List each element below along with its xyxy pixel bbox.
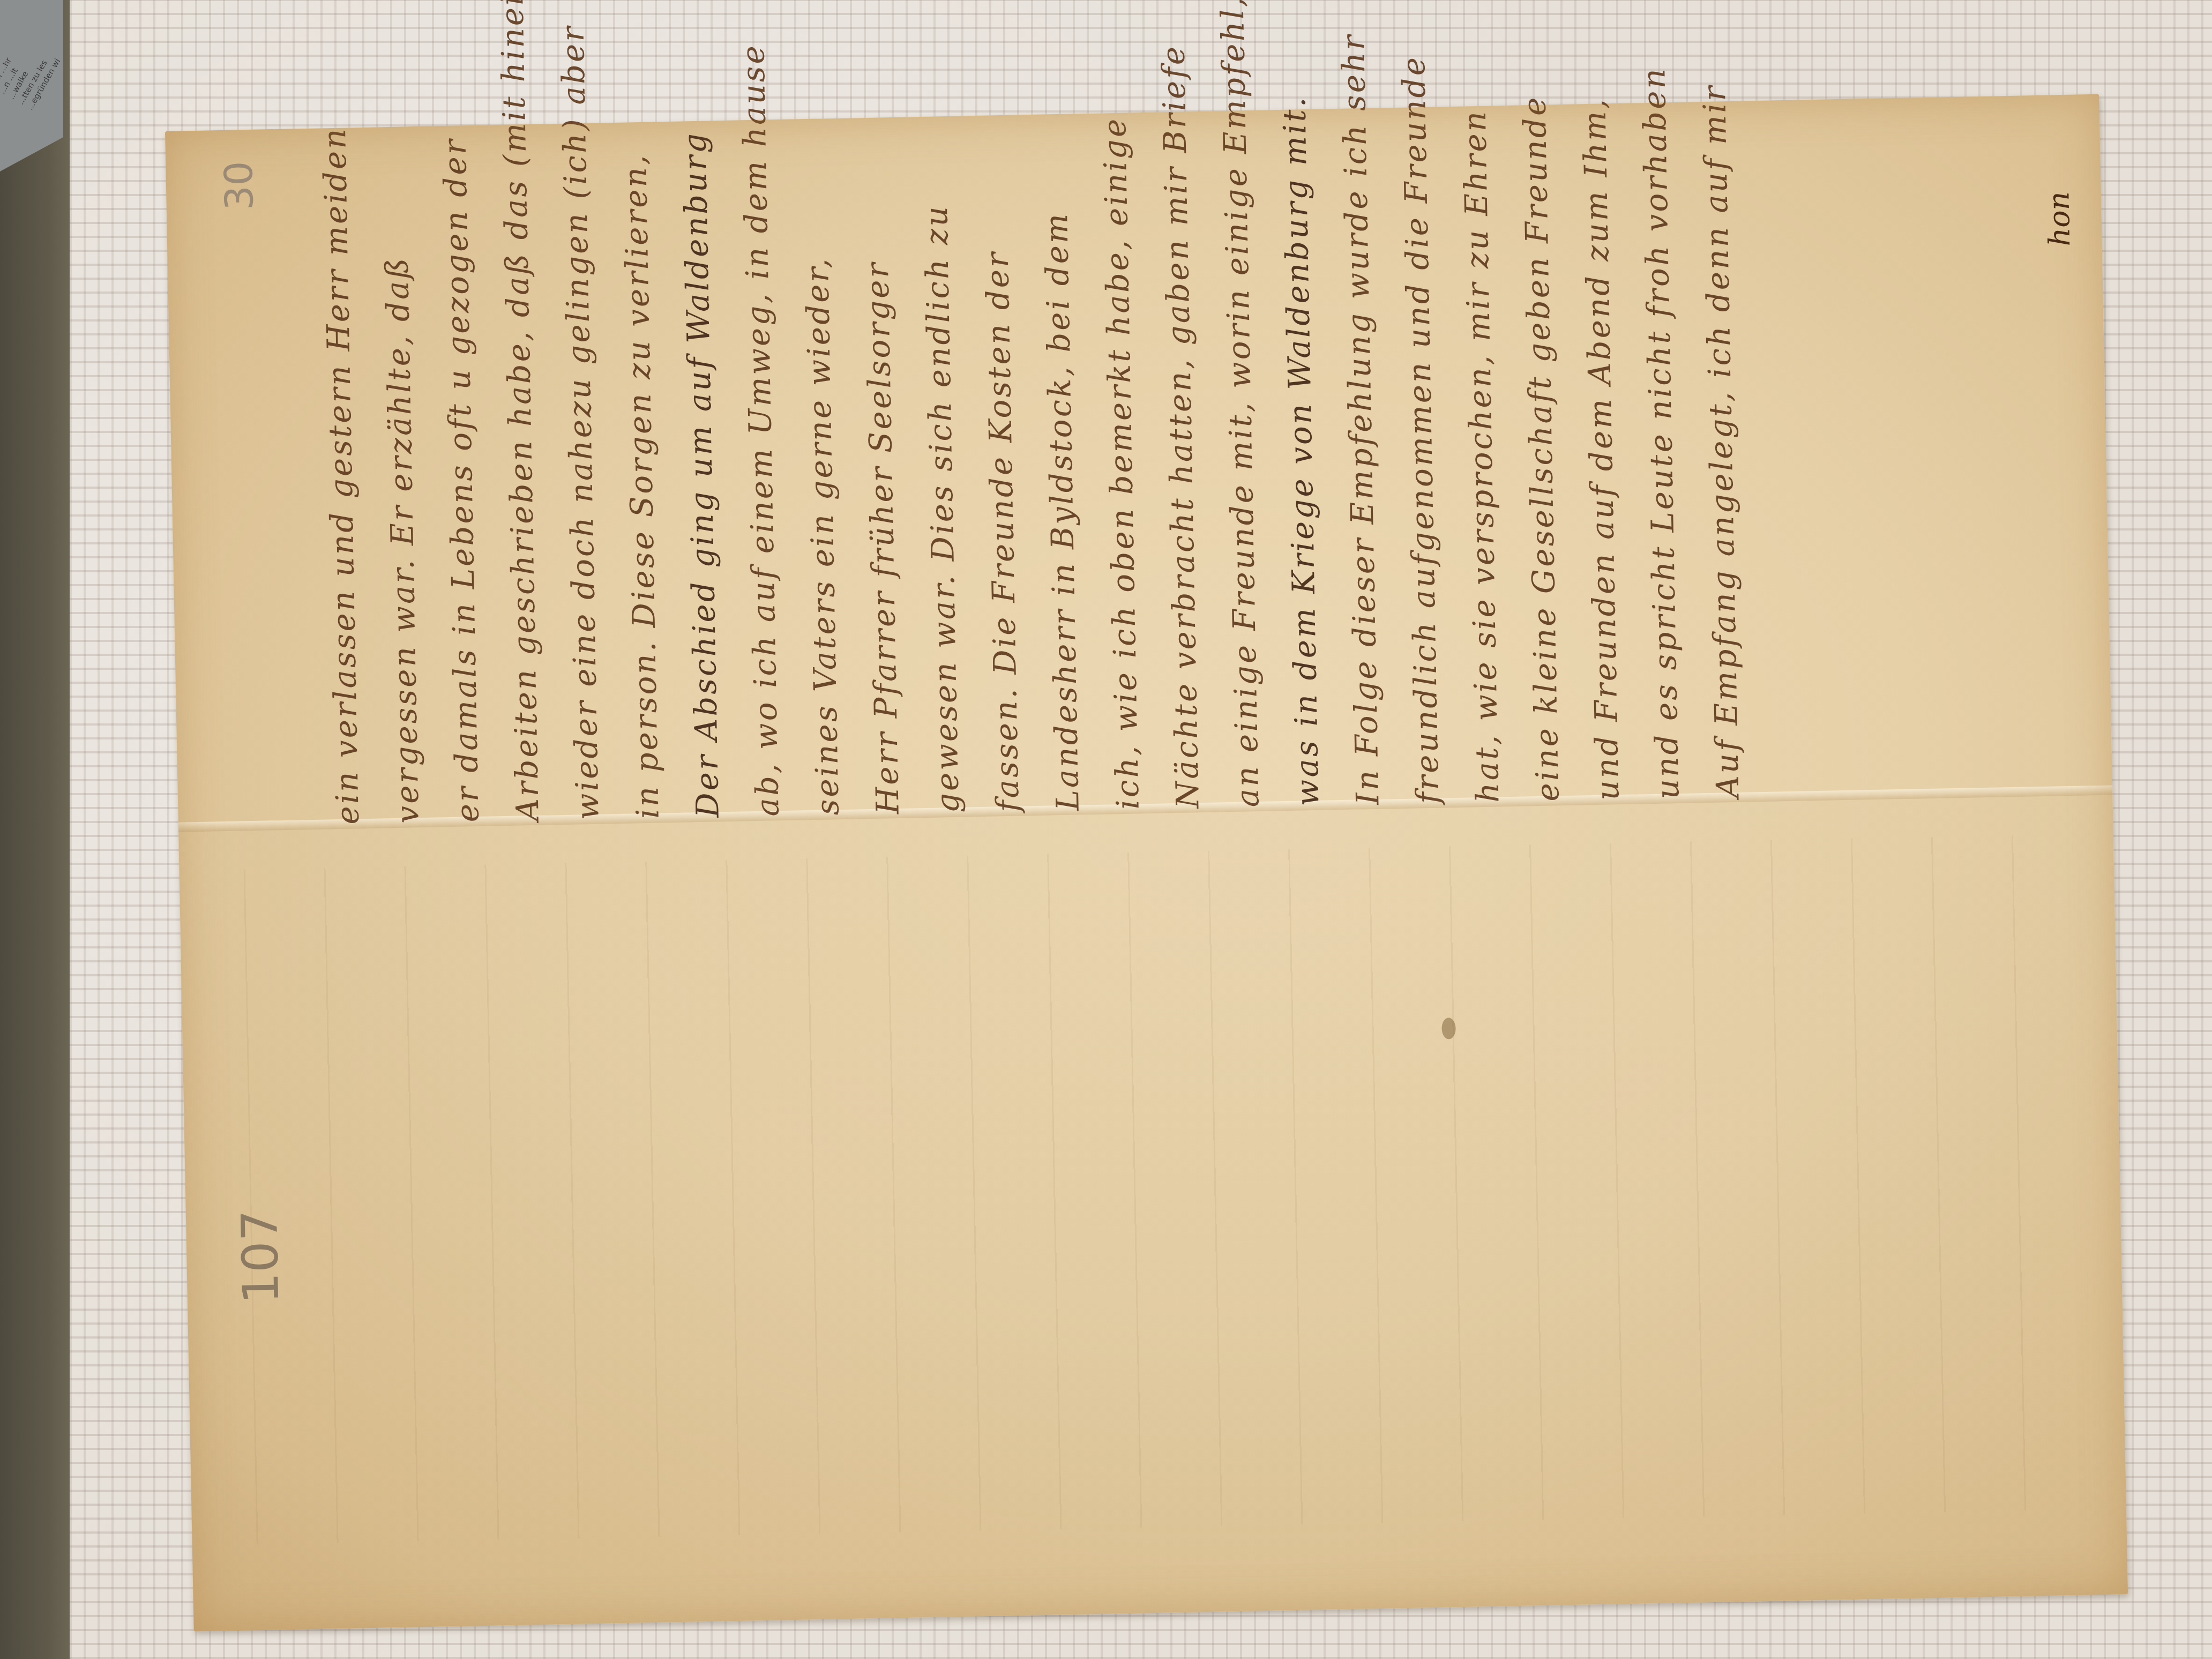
- ink-spot: [1441, 1018, 1456, 1039]
- archive-number: 107: [231, 1209, 290, 1305]
- text-line: Auf Empfang angelegt, ich denn auf mir: [1686, 165, 1758, 798]
- dark-side-strip: [0, 0, 70, 1659]
- label-card-text: ...m ...hr ...n ...lt ...walke ...tten z…: [0, 0, 63, 112]
- manuscript-page: 30 107 hon ein verlassen und gestern Her…: [165, 94, 2128, 1632]
- handwritten-text-block: ein verlassen und gestern Herr meiden ve…: [305, 159, 2086, 825]
- folio-number: 30: [216, 161, 262, 211]
- ink-bleed-through: [243, 834, 2083, 1544]
